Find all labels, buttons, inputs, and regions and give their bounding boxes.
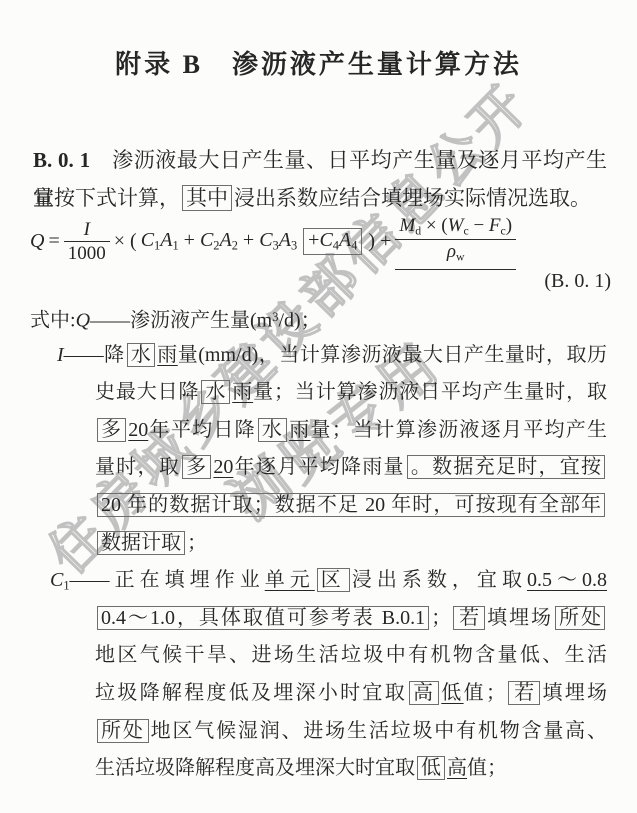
text-segment: 3 xyxy=(291,239,297,253)
text-segment: 若 xyxy=(508,681,541,705)
text-segment: 量(mm/d)，当计算渗沥液最大日产生量时，取历 xyxy=(178,344,607,366)
equation-row: Q = I 1000 × ( C1A1 + C2A2 + C3A3 +C4A4 … xyxy=(30,214,612,270)
text-segment: C xyxy=(200,229,213,251)
text-segment: 单元 xyxy=(265,569,315,591)
text-segment: ——渗沥液产生量(m xyxy=(90,310,272,332)
text-line-def-c1-2: 0.4～1.0，具体取值可参考表 B.0.1；若填埋场所处 xyxy=(0,600,607,638)
equation-b01: Q = I 1000 × ( C1A1 + C2A2 + C3A3 +C4A4 … xyxy=(30,214,612,293)
text-segment: 量时，取 xyxy=(95,456,180,478)
equation-number: (B. 0. 1) xyxy=(30,270,612,293)
fraction-2-underlined: Md × (Wc − Fc) ρw xyxy=(395,214,516,270)
text-line-def-c1-1: C1——正在填埋作业单元区浸出系数，宜取0.5～0.8 xyxy=(0,562,607,600)
text-segment: C xyxy=(319,229,332,251)
text-segment: − xyxy=(469,215,489,236)
text-segment: 填埋场 xyxy=(487,607,553,629)
page-title: 附录 B 渗沥液产生量计算方法 xyxy=(0,44,637,81)
text-segment: ； xyxy=(187,532,207,554)
fraction-1-denominator: 1000 xyxy=(64,242,110,266)
text-segment: 所处 xyxy=(555,606,605,630)
text-segment: C xyxy=(50,569,63,591)
text-segment: 雨 xyxy=(232,381,253,403)
text-line-def-i-3: 多20年平均日降水雨量；当计算渗沥液逐月平均产生 xyxy=(0,412,607,450)
times-open-paren: × ( xyxy=(114,230,137,253)
text-segment: 高 xyxy=(409,681,439,705)
text-line-def-i-6: 数据计取； xyxy=(0,525,607,563)
text-segment: × ( xyxy=(421,215,448,236)
text-segment: A xyxy=(339,229,351,251)
text-line-def-i-5: 20 年的数据计取；数据不足 20 年时，可按现有全部年 xyxy=(0,487,607,525)
text-segment: + xyxy=(179,229,200,251)
text-segment: 低 xyxy=(417,756,445,780)
text-segment: 多 xyxy=(97,418,126,442)
text-segment: 多 xyxy=(182,455,211,479)
text-segment: ——降 xyxy=(64,344,125,366)
text-segment: 若 xyxy=(453,606,485,630)
text-line-where-q: 式中:Q——渗沥液产生量(m3/d)； xyxy=(0,299,607,337)
text-segment: + xyxy=(238,229,259,251)
text-line-def-i-2: 史最大日降水雨量；当计算渗沥液日平均产生量时，取 xyxy=(0,374,607,412)
text-segment: 量；当计算渗沥液日平均产生量时，取 xyxy=(253,381,607,403)
symbol-definitions: 式中:Q——渗沥液产生量(m3/d)；I——降水雨量(mm/d)，当计算渗沥液最… xyxy=(0,299,607,788)
text-segment: ； xyxy=(431,607,451,629)
fraction-1-numerator: I xyxy=(64,218,110,243)
text-segment: C xyxy=(141,229,154,251)
text-line-def-c1-4: 垃圾降解程度低及埋深小时宜取高低值；若填埋场 xyxy=(0,675,607,713)
text-segment: 宜按下式计算， xyxy=(33,186,180,210)
text-segment: ——正在填埋作业 xyxy=(70,569,265,591)
text-segment: 式中: xyxy=(30,310,76,332)
text-segment: I xyxy=(57,344,64,366)
text-segment: 所处 xyxy=(97,719,149,743)
text-segment: ) xyxy=(506,215,512,236)
text-line-def-c1-3: 地区气候干旱、进场生活垃圾中有机物含量低、生活 xyxy=(0,637,607,675)
text-segment: /d)； xyxy=(278,310,320,332)
text-segment: 水 xyxy=(127,343,156,367)
text-segment: 浸出系数，宜取 xyxy=(352,569,527,591)
text-segment: A xyxy=(279,229,291,251)
equals-sign: = xyxy=(48,230,59,253)
text-segment: F xyxy=(489,215,501,236)
text-segment: M xyxy=(399,215,415,236)
text-segment: Q xyxy=(76,310,90,332)
text-segment: 水 xyxy=(201,380,230,404)
text-segment: 数据计取 xyxy=(97,531,185,555)
text-segment: 值； xyxy=(467,757,507,779)
text-segment: 20 xyxy=(128,419,148,441)
text-line-b01-line2: 宜按下式计算，其中浸出系数应结合填埋场实际情况选取。 xyxy=(33,180,607,218)
text-line-def-c1-6: 生活垃圾降解程度高及埋深大时宜取低高值； xyxy=(0,750,607,788)
revision-underline xyxy=(395,266,516,270)
text-segment: + xyxy=(308,229,319,251)
text-segment: 20 年的数据计取；数据不足 20 年时，可按现有全部年 xyxy=(97,493,605,517)
text-segment: 史最大日降 xyxy=(95,381,199,403)
text-segment: 值； xyxy=(464,682,506,704)
text-segment: B. 0. 1 xyxy=(33,148,90,172)
text-line-b01-line1: B. 0. 1 渗沥液最大日产生量、日平均产生量及逐月平均产生量 xyxy=(33,142,607,180)
text-segment: 区 xyxy=(317,568,350,592)
text-segment: 4 xyxy=(351,239,357,253)
text-segment: C xyxy=(259,229,272,251)
text-segment: 其中 xyxy=(182,185,232,211)
boxed-revision-term: +C4A4 xyxy=(303,228,362,255)
clause-b01-paragraph: B. 0. 1 渗沥液最大日产生量、日平均产生量及逐月平均产生量宜按下式计算，其… xyxy=(33,142,607,217)
text-segment: 地区气候干旱、进场生活垃圾中有机物含量低、生活 xyxy=(95,644,607,666)
text-line-def-i-1: I——降水雨量(mm/d)，当计算渗沥液最大日产生量时，取历 xyxy=(0,337,607,375)
fraction-2-denominator: ρw xyxy=(395,240,516,265)
text-segment: A xyxy=(219,229,231,251)
text-segment: ρ xyxy=(447,241,456,262)
text-segment: 雨 xyxy=(289,419,310,441)
text-segment: 垃圾降解程度低及埋深小时宜取 xyxy=(95,682,407,704)
fraction-2-numerator: Md × (Wc − Fc) xyxy=(395,214,516,240)
text-segment: 低 xyxy=(441,682,463,704)
sum-terms: C1A1 + C2A2 + C3A3 xyxy=(141,229,297,254)
text-segment: A xyxy=(160,229,172,251)
text-segment: 0.4～1.0，具体取值可参考表 B.0.1 xyxy=(97,606,429,630)
text-segment: 年平均日降 xyxy=(148,419,256,441)
text-line-def-i-4: 量时，取多20年逐月平均降雨量。数据充足时，宜按 xyxy=(0,449,607,487)
text-segment: 填埋场 xyxy=(542,682,607,704)
text-segment: 0.5～0.8 xyxy=(527,569,607,591)
fraction-1: I 1000 xyxy=(64,218,110,267)
text-segment: 雨 xyxy=(157,344,178,366)
document-page: 住房城乡建设部信息公开 浏览专用 附录 B 渗沥液产生量计算方法 B. 0. 1… xyxy=(0,0,637,813)
text-segment: 水 xyxy=(258,418,287,442)
text-segment: W xyxy=(448,215,464,236)
text-segment: 。数据充足时，宜按 xyxy=(407,455,605,479)
formula-lhs: Q xyxy=(30,230,44,253)
close-paren-plus: ) + xyxy=(368,230,391,253)
text-line-def-c1-5: 所处地区气候湿润、进场生活垃圾中有机物含量高、 xyxy=(0,713,607,751)
text-segment: 生活垃圾降解程度高及埋深大时宜取 xyxy=(95,757,415,779)
text-segment: 量；当计算渗沥液逐月平均产生 xyxy=(310,419,607,441)
text-segment: 地区气候湿润、进场生活垃圾中有机物含量高、 xyxy=(151,720,607,742)
text-segment: 浸出系数应结合填埋场实际情况选取。 xyxy=(234,186,591,210)
text-segment: 年逐月平均降雨量 xyxy=(233,456,404,478)
text-segment: w xyxy=(456,251,465,264)
text-segment: 高 xyxy=(447,757,467,779)
text-segment: 20 xyxy=(213,456,233,478)
fraction-2: Md × (Wc − Fc) ρw xyxy=(395,214,516,266)
